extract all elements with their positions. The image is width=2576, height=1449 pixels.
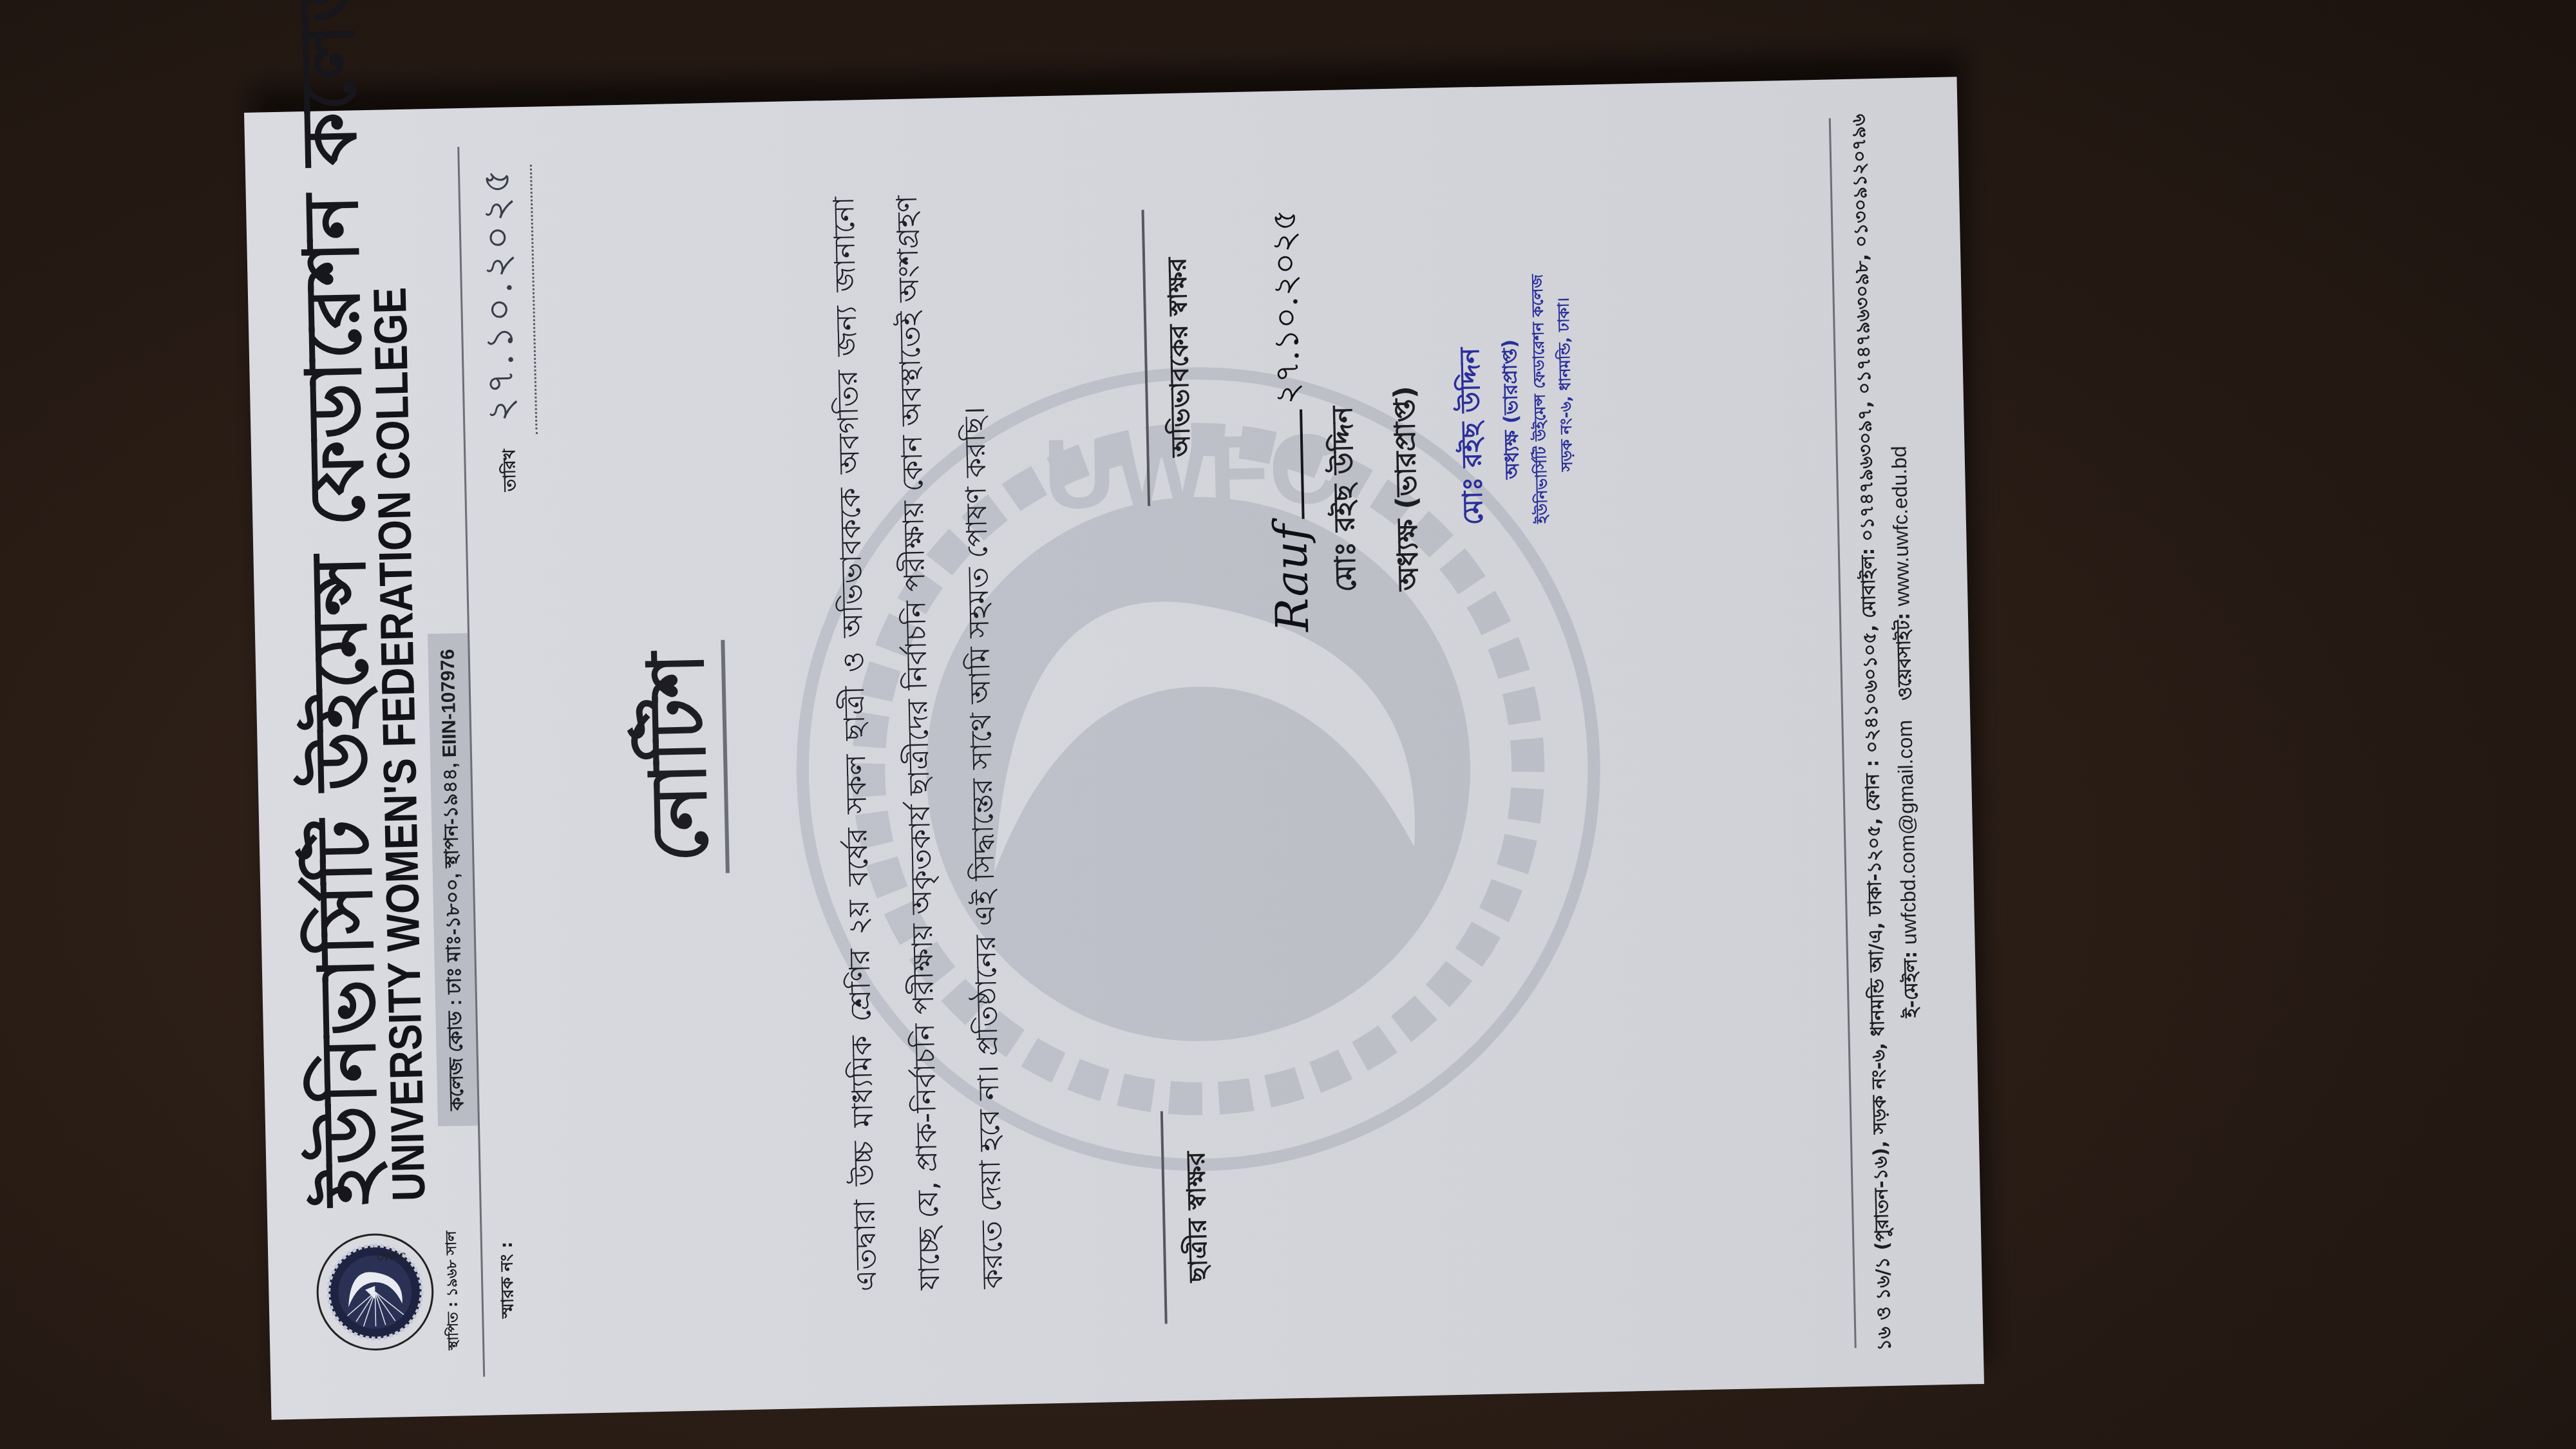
notice-heading: নোটিশ	[605, 102, 761, 1412]
date-label: তারিখ	[500, 449, 520, 491]
college-logo-icon: UWFC	[312, 1229, 437, 1354]
student-signature-line	[1160, 1112, 1168, 1324]
guardian-signature-block: অভিভাবকের স্বাক্ষর	[1141, 209, 1205, 506]
guardian-signature-label: অভিভাবকের স্বাক্ষর	[1155, 209, 1205, 506]
email-link[interactable]: uwfcbd.com@gmail.com	[1893, 720, 1920, 945]
principal-role: অধ্যক্ষ (ভারপ্রাপ্ত)	[1378, 178, 1435, 630]
letterhead: UWFC স্থাপিত : ১৯৬৮ সাল ইউনিভার্সিটি উইম…	[244, 109, 464, 1420]
memo-number-label: স্মারক নং :	[493, 1242, 523, 1319]
signature-stroke	[1300, 410, 1305, 519]
notice-body: এতদ্বারা উচ্চ মাধ্যমিক শ্রেণির ২য় বর্ষে…	[813, 193, 1025, 1292]
letterhead-footer: ১৬ ও ১৬/১ (পুরাতন-১৬), সড়ক নং-৬, ধানমন্…	[1841, 78, 1935, 1387]
date-field: তারিখ ২৭.১০.২০২৫	[468, 165, 539, 493]
stamp-name: মোঃ রইছ উদ্দিন	[1444, 177, 1497, 526]
website-link[interactable]: www.uwfc.edu.bd	[1887, 446, 1913, 607]
email-label: ই-মেইল:	[1899, 951, 1922, 1018]
date-value: ২৭.১০.২০২৫	[468, 165, 538, 435]
principal-signature-block: Rauf২৭.১০.২০২৫ মোঃ রইছ উদ্দিন অধ্যক্ষ (ভ…	[1257, 175, 1584, 632]
student-signature-label: ছাত্রীর স্বাক্ষর	[1175, 1110, 1222, 1323]
principal-stamp: মোঃ রইছ উদ্দিন অধ্যক্ষ (ভারপ্রাপ্ত) ইউনি…	[1444, 175, 1584, 629]
established-year: স্থাপিত : ১৯৬৮ সাল	[440, 1216, 467, 1365]
principal-handwritten-signature: Rauf	[1264, 524, 1319, 632]
notice-title: নোটিশ	[630, 640, 730, 875]
student-signature-block: ছাত্রীর স্বাক্ষর	[1160, 1110, 1222, 1324]
website-label: ওয়েবসাইট:	[1892, 612, 1916, 701]
notice-paper: UWFC স্থাপিত : ১৯৬৮ সাল ইউনিভার্সিটি উইম…	[244, 77, 1984, 1419]
principal-signed-date: ২৭.১০.২০২৫	[1265, 209, 1307, 405]
svg-text:UWFC: UWFC	[377, 1251, 406, 1263]
principal-name: মোঃ রইছ উদ্দিন	[1316, 180, 1372, 631]
